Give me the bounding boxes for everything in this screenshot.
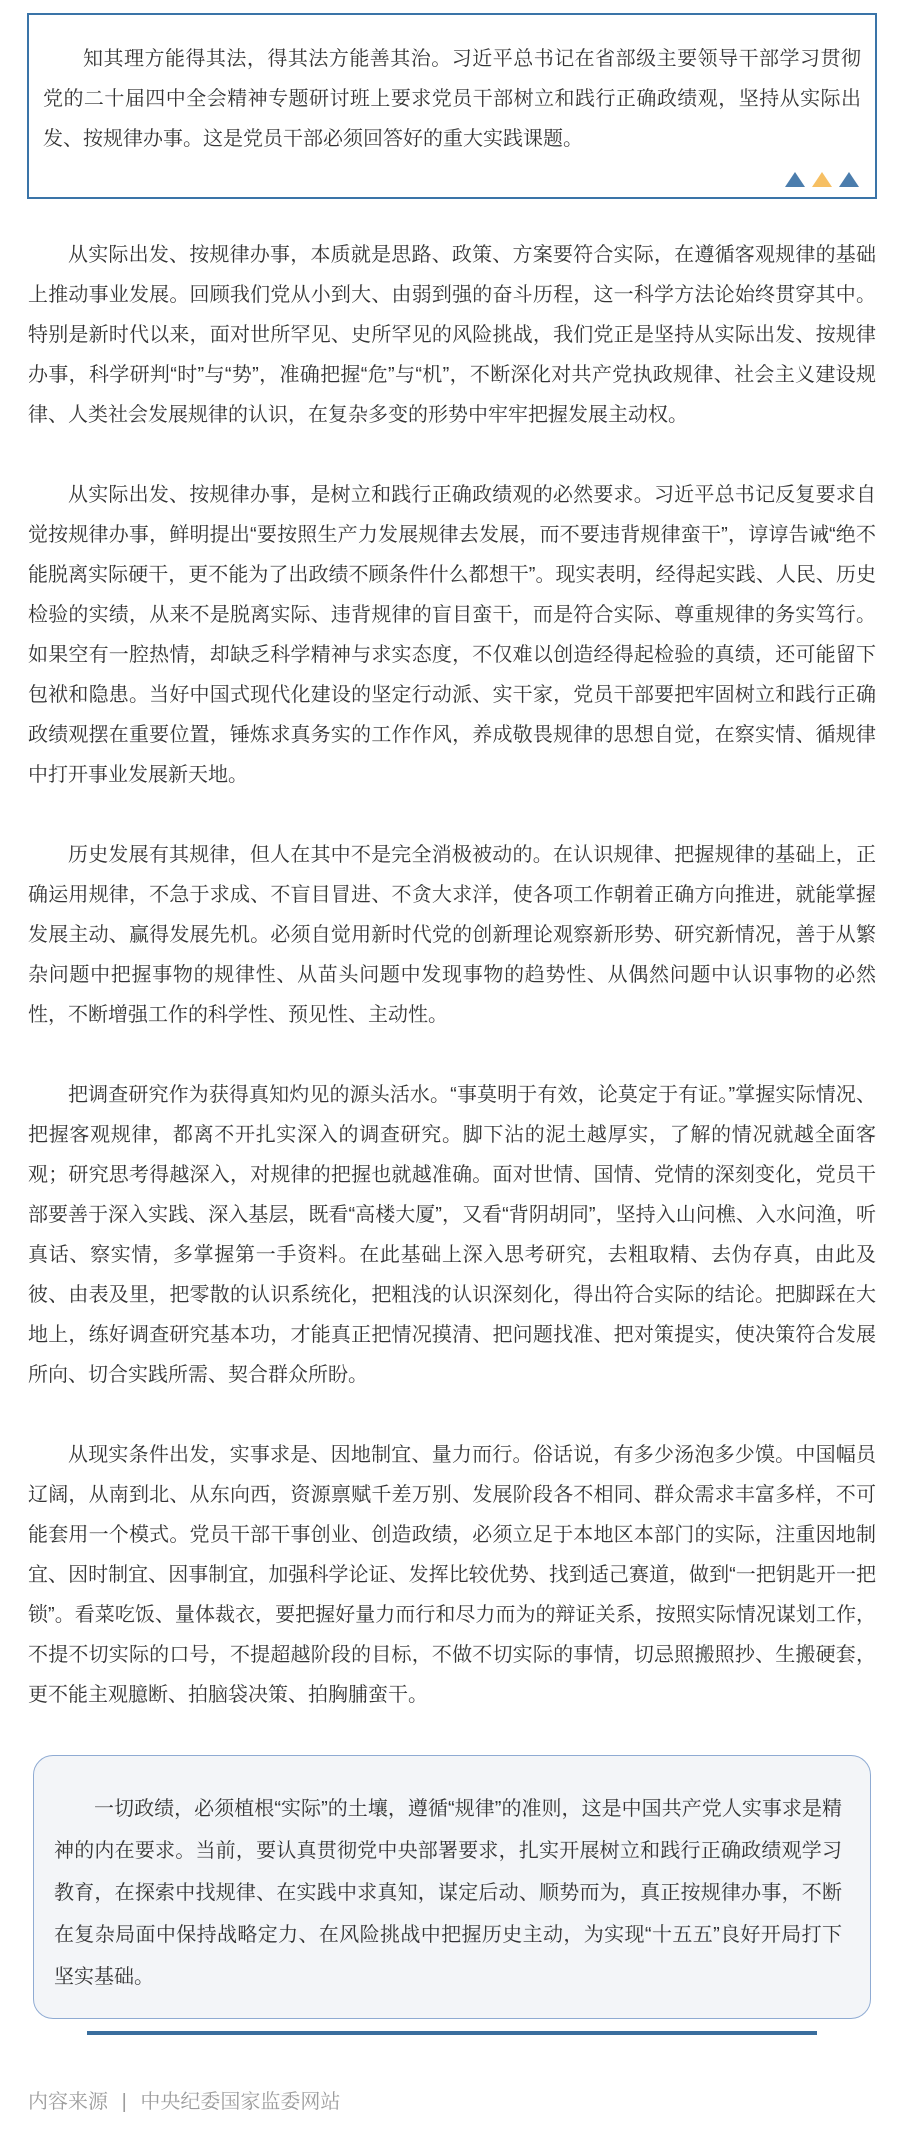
intro-quote-box: 知其理方能得其法，得其法方能善其治。习近平总书记在省部级主要领导干部学习贯彻党的…: [27, 13, 877, 199]
summary-box: 一切政绩，必须植根“实际”的土壤，遵循“规律”的准则，这是中国共产党人实事求是精…: [33, 1755, 871, 2019]
intro-quote-text: 知其理方能得其法，得其法方能善其治。习近平总书记在省部级主要领导干部学习贯彻党的…: [43, 39, 861, 159]
triangle-up-icon: [812, 172, 832, 187]
article-paragraph: 从实际出发、按规律办事，是树立和践行正确政绩观的必然要求。习近平总书记反复要求自…: [28, 475, 876, 795]
footer-source-label: 内容来源: [28, 2091, 108, 2113]
article-body: 从实际出发、按规律办事，本质就是思路、政策、方案要符合实际，在遵循客观规律的基础…: [0, 199, 904, 1715]
triangle-up-icon: [785, 172, 805, 187]
article-paragraph: 历史发展有其规律，但人在其中不是完全消极被动的。在认识规律、把握规律的基础上，正…: [28, 835, 876, 1035]
summary-text: 一切政绩，必须植根“实际”的土壤，遵循“规律”的准则，这是中国共产党人实事求是精…: [54, 1788, 842, 1998]
footer-source: 内容来源 | 中央纪委国家监委网站: [0, 2035, 904, 2132]
triangle-decoration: [785, 172, 859, 187]
article-paragraph: 从现实条件出发，实事求是、因地制宜、量力而行。俗话说，有多少汤泡多少馍。中国幅员…: [28, 1435, 876, 1715]
footer-source-name: 中央纪委国家监委网站: [140, 2091, 340, 2113]
triangle-up-icon: [839, 172, 859, 187]
article-paragraph: 把调查研究作为获得真知灼见的源头活水。“事莫明于有效，论莫定于有证。”掌握实际情…: [28, 1075, 876, 1395]
article-paragraph: 从实际出发、按规律办事，本质就是思路、政策、方案要符合实际，在遵循客观规律的基础…: [28, 235, 876, 435]
footer-separator: |: [122, 2091, 127, 2113]
